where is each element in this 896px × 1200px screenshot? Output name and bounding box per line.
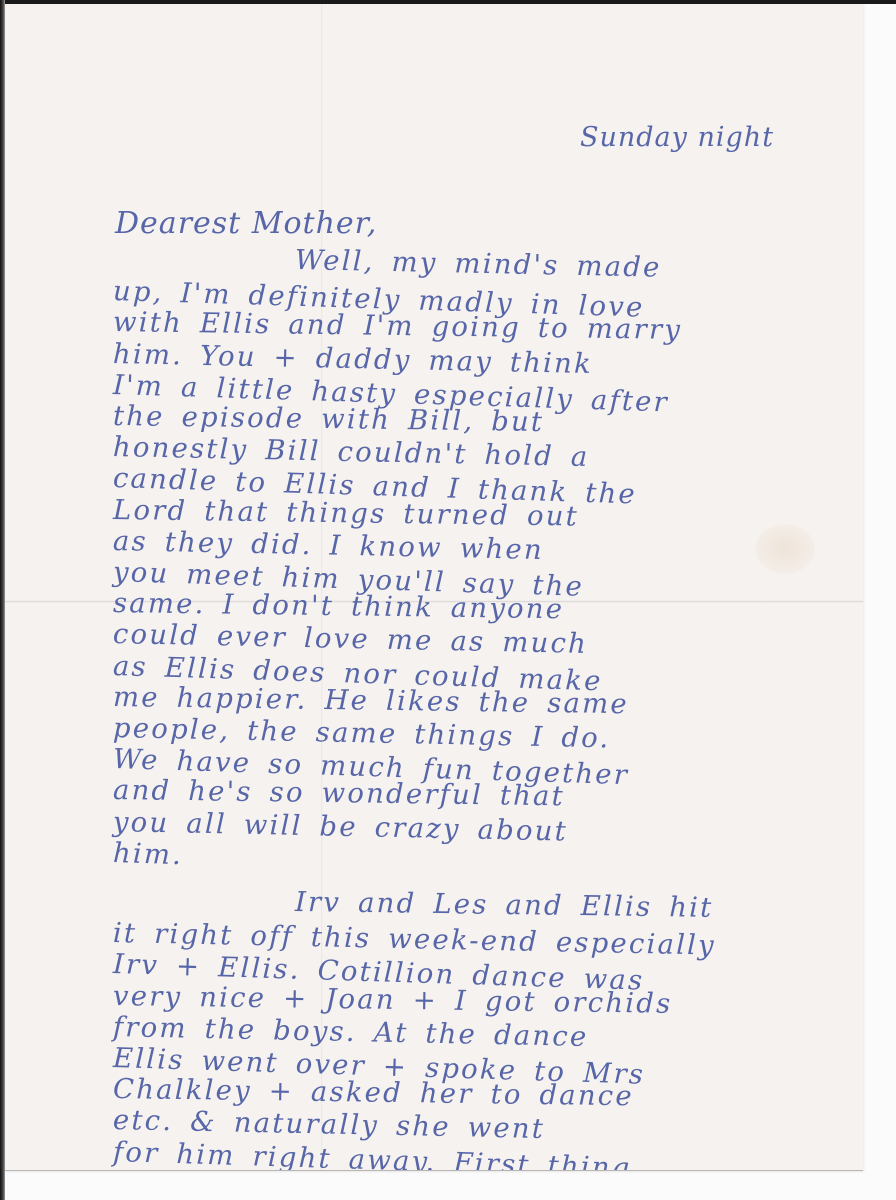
- letter-line: Irv and Les and Ellis hit: [295, 886, 714, 924]
- paper-stain: [755, 524, 815, 574]
- letter-line: him.: [112, 837, 183, 871]
- letter-dateline: Sunday night: [580, 122, 774, 153]
- letter-line: Well, my mind's made: [295, 244, 662, 284]
- letter-page: Sunday night Dearest Mother, Well, my mi…: [5, 4, 863, 1171]
- letter-salutation: Dearest Mother,: [115, 206, 377, 241]
